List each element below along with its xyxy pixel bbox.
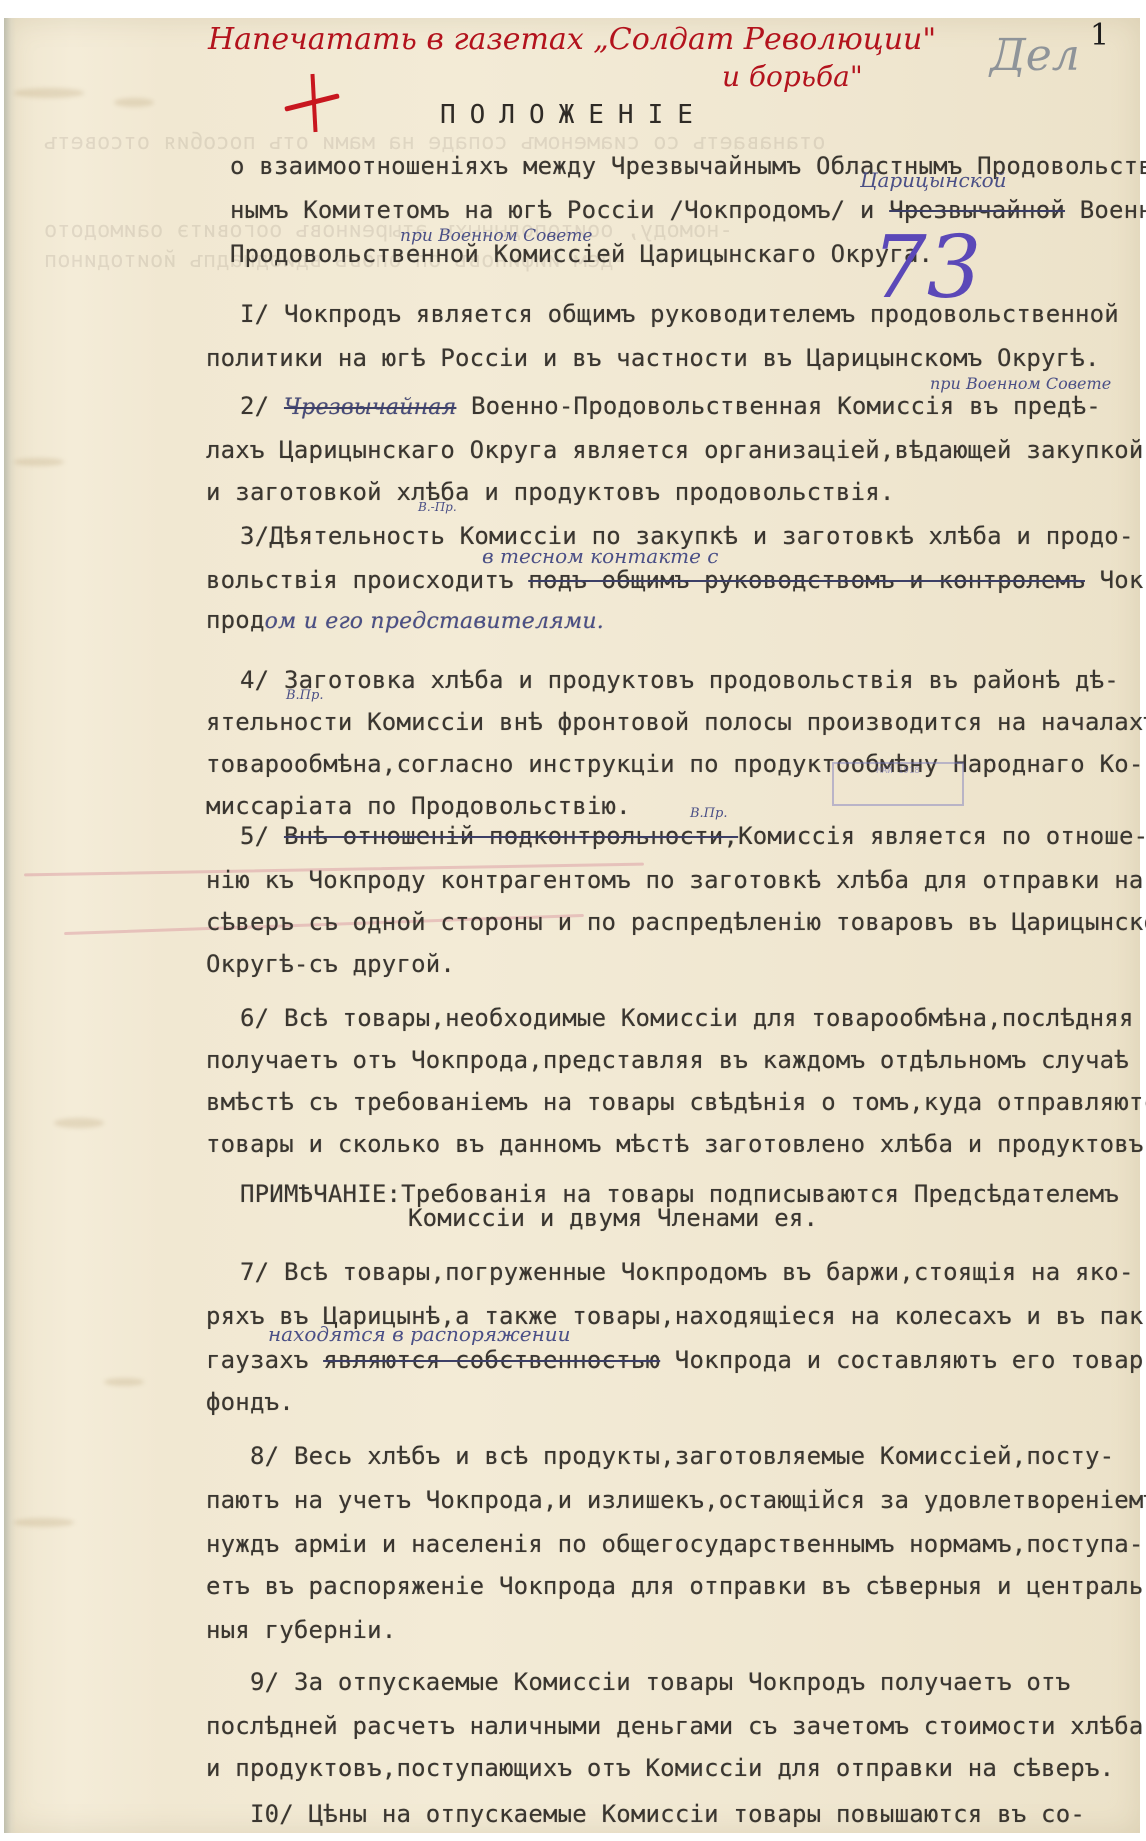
paragraph-8-line: нуждъ арміи и населенія по общегосударст… bbox=[206, 1530, 1144, 1558]
paragraph-8-line: ныя губерніи. bbox=[206, 1616, 396, 1644]
struck-handwritten-word: Чрезвычайная bbox=[284, 395, 456, 420]
paragraph-text: Комиссія является по отноше- bbox=[738, 822, 1146, 850]
subtitle-text: нымъ Комитетомъ на югѣ Россіи /Чокпродом… bbox=[230, 196, 875, 224]
paragraph-9-line: и продуктовъ,поступающихъ отъ Комиссіи д… bbox=[206, 1754, 1114, 1782]
paragraph-3-line: продом и его представителями. bbox=[206, 606, 604, 634]
subtitle-text: Военно- bbox=[1080, 196, 1146, 224]
document-title: ПОЛОЖЕНІЕ bbox=[440, 100, 707, 130]
note-line: Комиссіи и двумя Членами ея. bbox=[408, 1204, 818, 1232]
paragraph-text: Чокпрода и составляютъ его товар- bbox=[675, 1346, 1146, 1374]
paragraph-7-line: фондъ. bbox=[206, 1388, 294, 1416]
paragraph-1-line: I/ Чокпродъ является общимъ руководителе… bbox=[240, 300, 1119, 328]
paragraph-number: 2/ bbox=[240, 392, 269, 420]
paragraph-2-line: 2/ Чрезвычайная Военно-Продовольственная… bbox=[240, 392, 1101, 420]
handwritten-mark: В.-Пр. bbox=[418, 500, 457, 514]
paragraph-6-line: вмѣстѣ съ требованіемъ на товары свѣдѣні… bbox=[206, 1088, 1146, 1116]
stain bbox=[104, 1378, 144, 1386]
paragraph-9-line: послѣдней расчетъ наличными деньгами съ … bbox=[206, 1712, 1144, 1740]
subtitle-line: Продовольственной Комиссіей Царицынскаго… bbox=[230, 240, 933, 268]
paragraph-9-line: 9/ За отпускаемые Комиссіи товары Чокпро… bbox=[250, 1668, 1070, 1696]
handwritten-mark: В.Пр. bbox=[286, 688, 323, 703]
paragraph-text: гаузахъ bbox=[206, 1346, 309, 1374]
handwritten-insert: при Военном Совете bbox=[930, 374, 1111, 393]
stain bbox=[14, 458, 64, 466]
handwritten-insert: ом и его представителями. bbox=[265, 609, 604, 634]
paragraph-5-line: 5/ Внѣ отношеній подконтрольности,Комисс… bbox=[240, 822, 1146, 850]
handwritten-insert: находятся в распоряжении bbox=[268, 1322, 571, 1346]
paragraph-number: 5/ bbox=[240, 822, 269, 850]
page-number: 1 bbox=[1090, 18, 1109, 53]
paragraph-2-line: лахъ Царицынскаго Округа является органи… bbox=[206, 436, 1144, 464]
handwritten-publish-note: Напечатать в газетах „Солдат Революции" bbox=[208, 22, 936, 57]
paragraph-text: вольствія происходитъ bbox=[206, 566, 514, 594]
pencil-file-mark: Дел bbox=[990, 30, 1080, 81]
paragraph-4-line: товарообмѣна,согласно инструкціи по прод… bbox=[206, 750, 1144, 778]
paragraph-8-line: етъ въ распоряженіе Чокпрода для отправк… bbox=[206, 1572, 1146, 1600]
paragraph-4-line: миссаріата по Продовольствію. bbox=[206, 792, 631, 820]
handwritten-insert: Царицынской bbox=[860, 168, 1007, 192]
stain bbox=[14, 88, 84, 98]
stain bbox=[114, 98, 154, 107]
archive-stamp: МАЙ 1918 bbox=[832, 762, 964, 806]
paragraph-4-line: ятельности Комиссіи внѣ фронтовой полосы… bbox=[206, 708, 1146, 736]
paragraph-4-line: 4/ Заготовка хлѣба и продуктовъ продовол… bbox=[240, 666, 1119, 694]
handwritten-mark: В.Пр. bbox=[690, 806, 727, 821]
paragraph-2-line: и заготовкой хлѣба и продуктовъ продовол… bbox=[206, 478, 895, 506]
paragraph-10-line: I0/ Цѣны на отпускаемые Комиссіи товары … bbox=[250, 1800, 1085, 1828]
paragraph-text: Чок- bbox=[1100, 566, 1146, 594]
paragraph-5-line: нію къ Чокпроду контрагентомъ по заготов… bbox=[206, 866, 1144, 894]
paragraph-8-line: 8/ Весь хлѣбъ и всѣ продукты,заготовляем… bbox=[250, 1442, 1114, 1470]
paragraph-7-line: гаузахъ являются собственностью Чокпрода… bbox=[206, 1346, 1146, 1374]
subtitle-line: нымъ Комитетомъ на югѣ Россіи /Чокпродом… bbox=[230, 196, 1146, 224]
paragraph-text: прод bbox=[206, 606, 265, 634]
struck-text: подъ общимъ руководствомъ и контролемъ bbox=[528, 566, 1085, 594]
handwritten-publish-note-line2: и борьба" bbox=[722, 60, 863, 93]
struck-text: являются собственностью bbox=[323, 1346, 660, 1374]
handwritten-insert: в тесном контакте с bbox=[482, 544, 719, 568]
paragraph-3-line: вольствія происходитъ подъ общимъ руково… bbox=[206, 566, 1146, 594]
stain bbox=[54, 1118, 104, 1128]
paragraph-7-line: 7/ Всѣ товары,погруженные Чокпродомъ въ … bbox=[240, 1258, 1134, 1286]
paragraph-6-line: товары и сколько въ данномъ мѣстѣ загото… bbox=[206, 1130, 1146, 1158]
stamp-text: МАЙ 1918 bbox=[876, 766, 919, 776]
paragraph-6-line: 6/ Всѣ товары,необходимые Комиссіи для т… bbox=[240, 1004, 1134, 1032]
paragraph-5-line: Округѣ-съ другой. bbox=[206, 950, 455, 978]
paragraph-text: Военно-Продовольственная Комиссія въ пре… bbox=[471, 392, 1101, 420]
paragraph-1-line: политики на югѣ Россіи и въ частности въ… bbox=[206, 344, 1100, 372]
struck-text: Внѣ отношеній подконтрольности, bbox=[284, 822, 738, 850]
stain bbox=[14, 1518, 74, 1527]
paragraph-6-line: получаетъ отъ Чокпрода,представляя въ ка… bbox=[206, 1046, 1129, 1074]
subtitle-line: о взаимоотношеніяхъ между Чрезвычайнымъ … bbox=[230, 152, 1146, 180]
paragraph-5-line: сѣверъ съ одной стороны и по распредѣлен… bbox=[206, 908, 1146, 936]
paragraph-8-line: паютъ на учетъ Чокпрода,и излишекъ,остаю… bbox=[206, 1486, 1146, 1514]
